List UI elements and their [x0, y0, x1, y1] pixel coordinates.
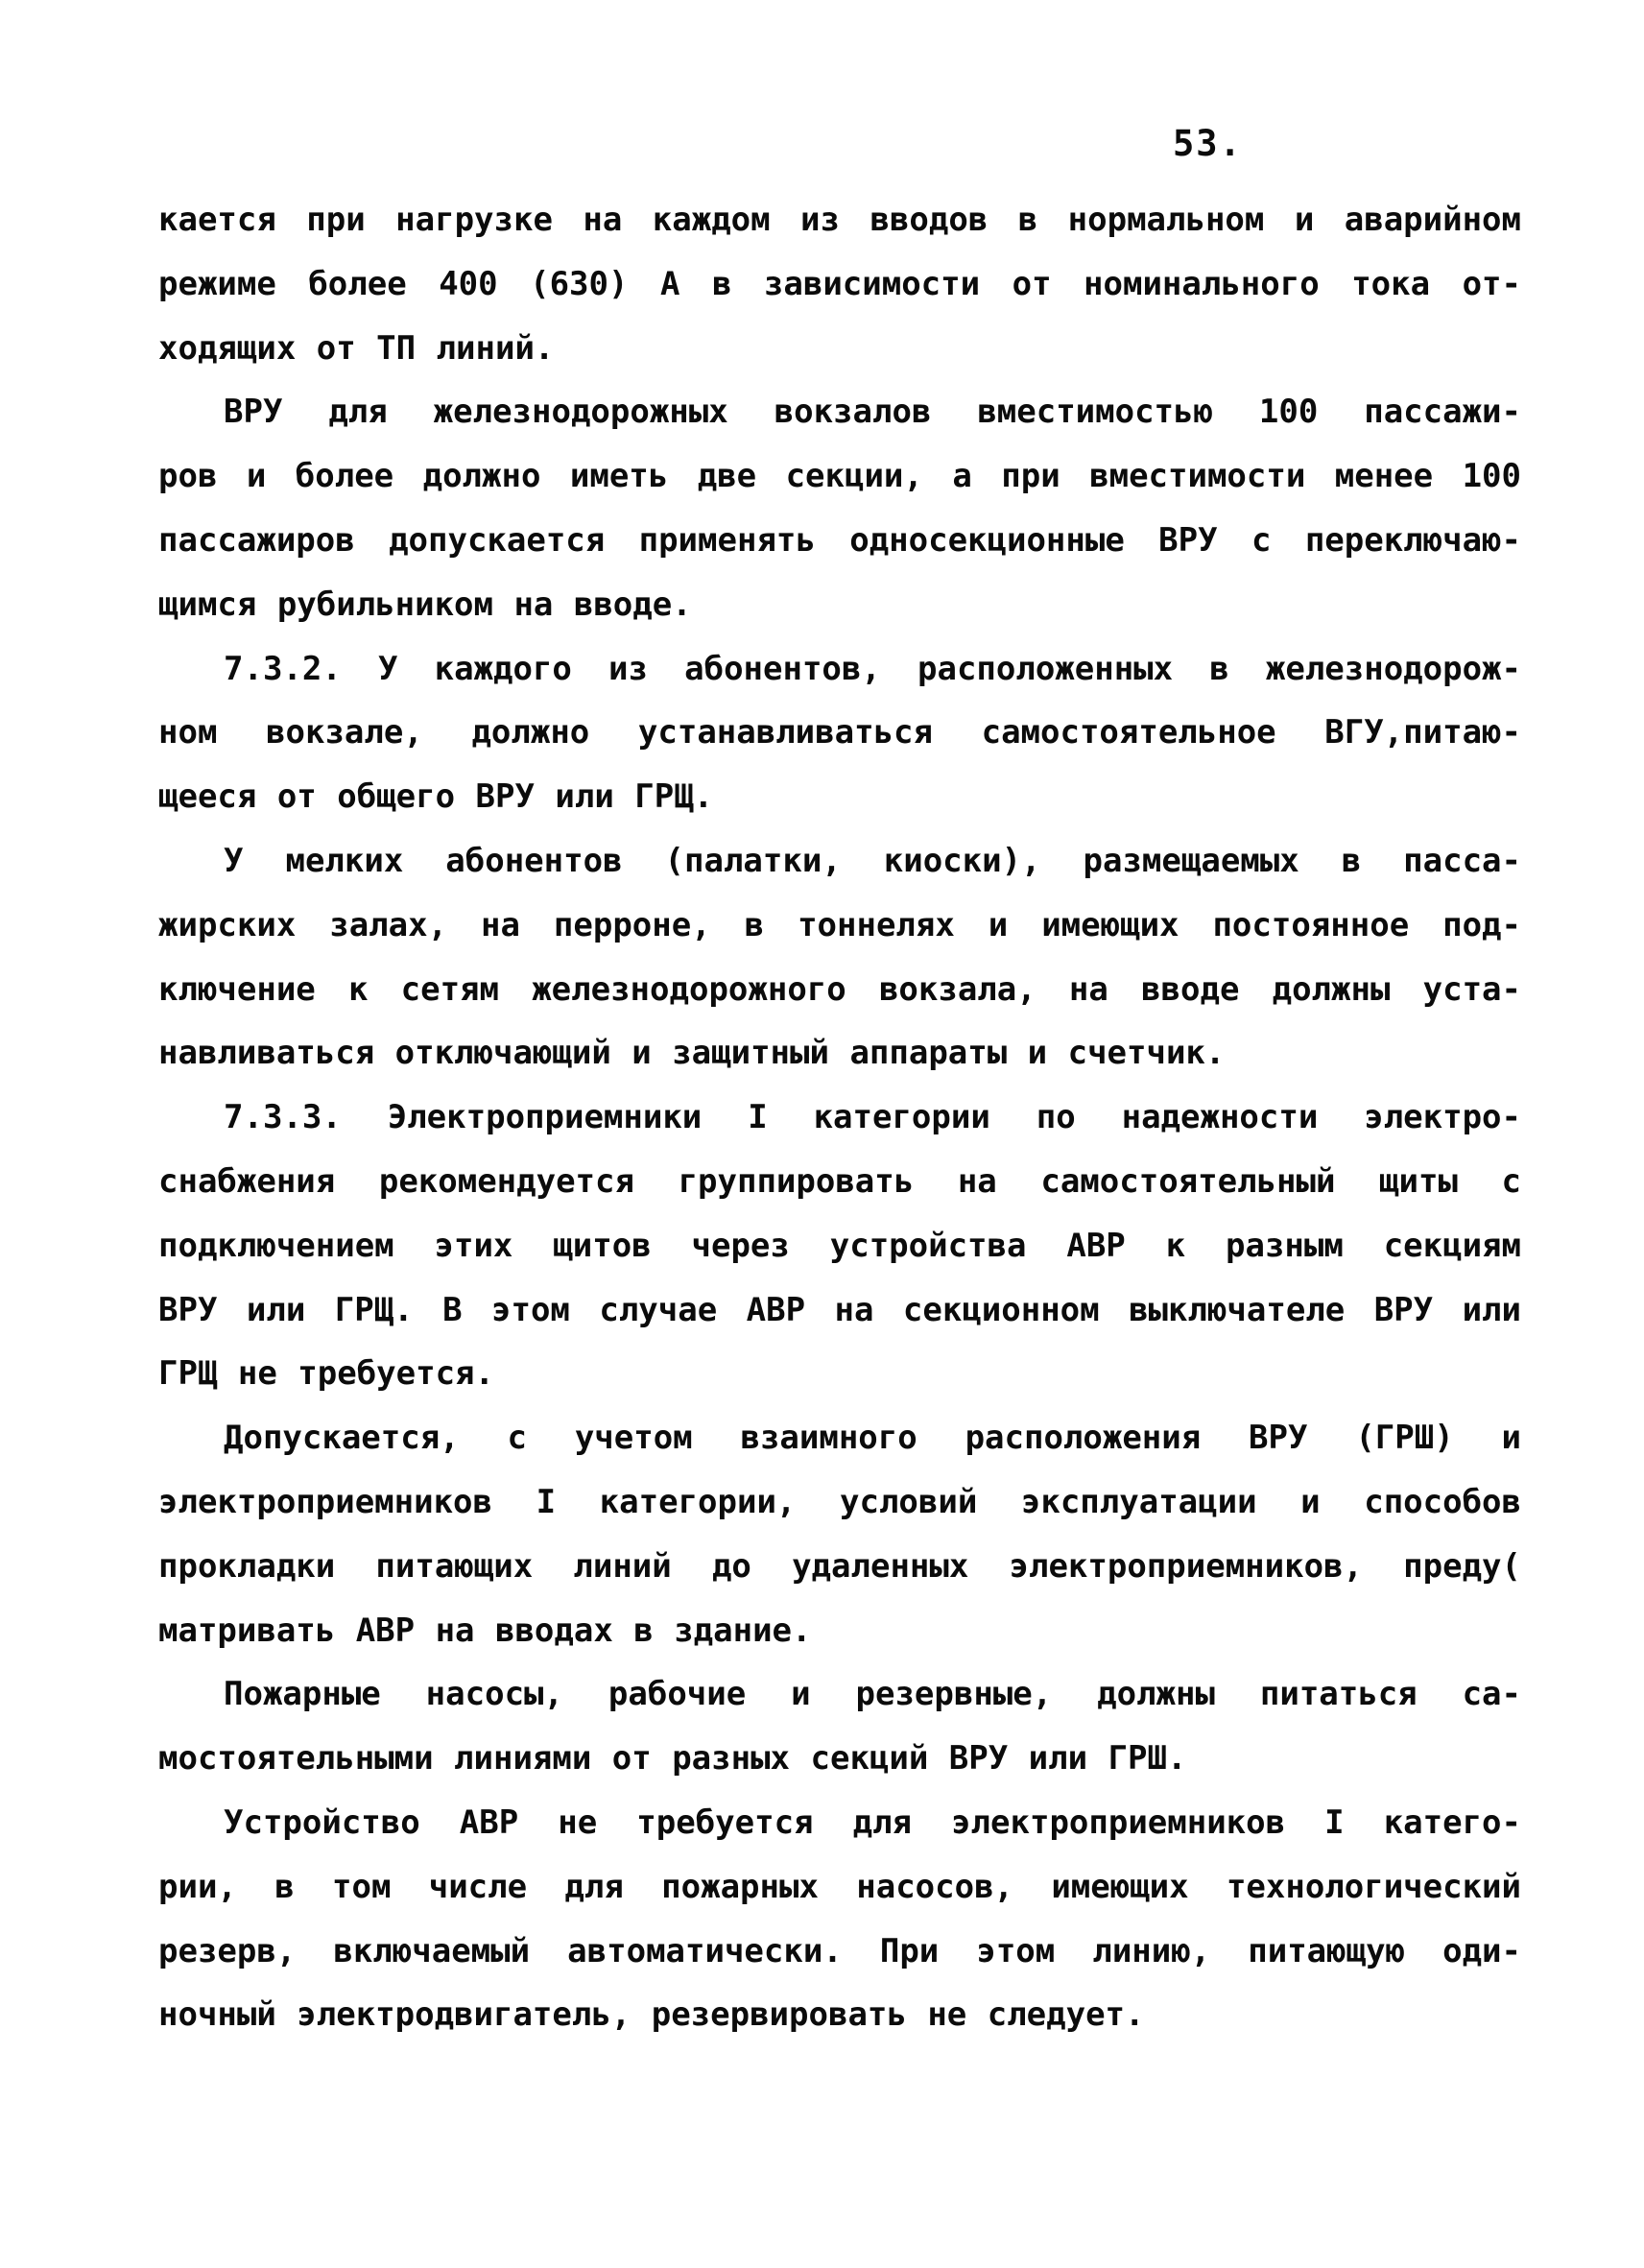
- text-line: щееся от общего ВРУ или ГРЩ.: [158, 765, 1521, 829]
- text-line: ров и более должно иметь две секции, а п…: [158, 444, 1521, 509]
- text-line: ВРУ для железнодорожных вокзалов вместим…: [158, 380, 1521, 444]
- text-line: Устройство АВР не требуется для электроп…: [158, 1791, 1521, 1855]
- page-number: 53.: [1173, 123, 1243, 164]
- text-line: ГРЩ не требуется.: [158, 1342, 1521, 1406]
- text-line: кается при нагрузке на каждом из вводов …: [158, 188, 1521, 252]
- scanned-document-page: 53. кается при нагрузке на каждом из вво…: [0, 0, 1644, 2268]
- document-text-block: кается при нагрузке на каждом из вводов …: [158, 188, 1521, 2047]
- text-line: У мелких абонентов (палатки, киоски), ра…: [158, 829, 1521, 894]
- text-line: резерв, включаемый автоматически. При эт…: [158, 1920, 1521, 1984]
- text-line: ночный электродвигатель, резервировать н…: [158, 1983, 1521, 2047]
- text-line: снабжения рекомендуется группировать на …: [158, 1150, 1521, 1214]
- text-line: подключением этих щитов через устройства…: [158, 1214, 1521, 1278]
- text-line: 7.3.2. У каждого из абонентов, расположе…: [158, 637, 1521, 702]
- text-line: пассажиров допускается применять односек…: [158, 509, 1521, 573]
- text-line: ном вокзале, должно устанавливаться само…: [158, 701, 1521, 765]
- text-line: рии, в том числе для пожарных насосов, и…: [158, 1855, 1521, 1920]
- text-line: жирских залах, на перроне, в тоннелях и …: [158, 894, 1521, 958]
- text-line: электроприемников I категории, условий э…: [158, 1470, 1521, 1535]
- text-line: навливаться отключающий и защитный аппар…: [158, 1021, 1521, 1086]
- text-line: ключение к сетям железнодорожного вокзал…: [158, 958, 1521, 1022]
- text-line: прокладки питающих линий до удаленных эл…: [158, 1535, 1521, 1599]
- text-line: ходящих от ТП линий.: [158, 317, 1521, 381]
- text-line: режиме более 400 (630) А в зависимости о…: [158, 252, 1521, 317]
- text-line: мостоятельными линиями от разных секций …: [158, 1727, 1521, 1791]
- text-line: щимся рубильником на вводе.: [158, 573, 1521, 637]
- text-line: Пожарные насосы, рабочие и резервные, до…: [158, 1662, 1521, 1727]
- text-line: Допускается, с учетом взаимного располож…: [158, 1406, 1521, 1470]
- text-line: 7.3.3. Электроприемники I категории по н…: [158, 1086, 1521, 1150]
- text-line: ВРУ или ГРЩ. В этом случае АВР на секцио…: [158, 1278, 1521, 1343]
- text-line: матривать АВР на вводах в здание.: [158, 1599, 1521, 1663]
